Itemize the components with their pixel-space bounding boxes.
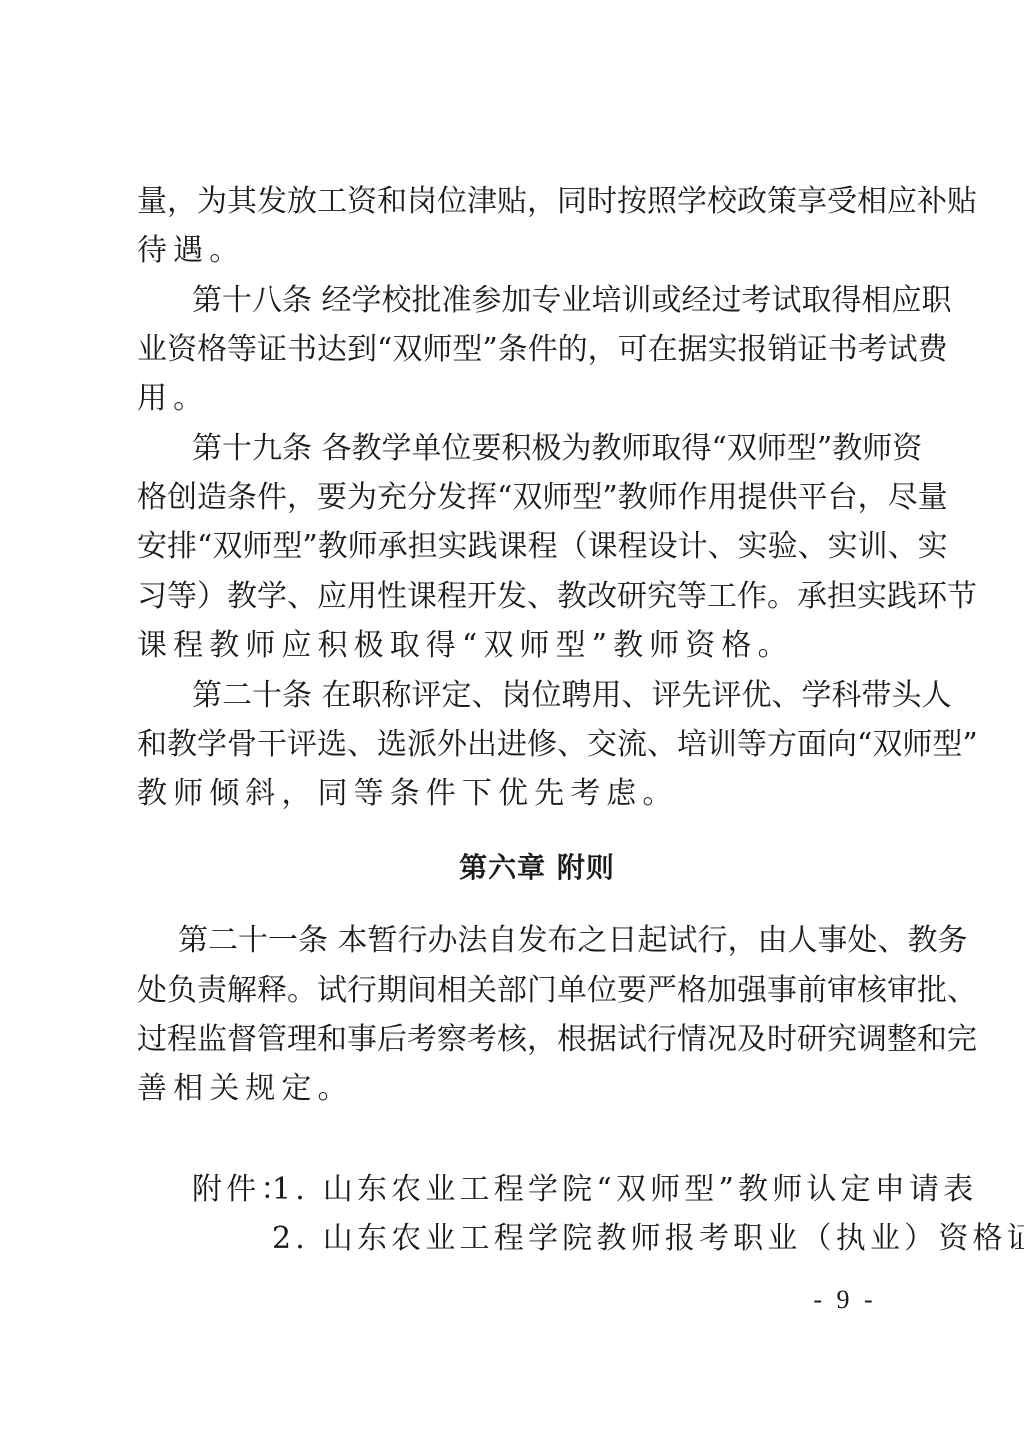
chapter-heading: 第六章 附则 [0, 848, 1024, 888]
paragraph-line: 待遇。 [137, 231, 897, 271]
paragraph-line: 量，为其发放工资和岗位津贴，同时按照学校政策享受相应补贴 [137, 182, 897, 222]
article-19-line: 格创造条件，要为充分发挥“双师型”教师作用提供平台，尽量 [137, 478, 897, 518]
attachment-item: 1. 山东农业工程学院“双师型”教师认定申请表 [272, 1170, 977, 1210]
article-21-line: 过程监督管理和事后考察考核，根据试行情况及时研究调整和完 [137, 1020, 897, 1060]
article-19-line: 安排“双师型”教师承担实践课程（课程设计、实验、实训、实 [137, 527, 897, 567]
article-19-line: 课程教师应积极取得“双师型”教师资格。 [137, 626, 897, 666]
article-19-line: 第十九条 各教学单位要积极为教师取得“双师型”教师资 [192, 429, 897, 469]
article-21-line: 处负责解释。试行期间相关部门单位要严格加强事前审核审批、 [137, 971, 897, 1011]
article-20-line: 第二十条 在职称评定、岗位聘用、评先评优、学科带头人 [192, 676, 897, 716]
article-21-line: 善相关规定。 [137, 1069, 897, 1109]
article-18-line: 业资格等证书达到“双师型”条件的，可在据实报销证书考试费 [137, 330, 897, 370]
document-page: 量，为其发放工资和岗位津贴，同时按照学校政策享受相应补贴 待遇。 第十八条 经学… [0, 0, 1024, 1448]
article-21-line: 第二十一条 本暂行办法自发布之日起试行，由人事处、教务 [178, 921, 897, 961]
attachment-item: 2. 山东农业工程学院教师报考职业（执业）资格证书 [272, 1219, 1024, 1259]
article-19-line: 习等）教学、应用性课程开发、教改研究等工作。承担实践环节 [137, 577, 897, 617]
page-number: - 9 - [790, 1282, 900, 1318]
article-18-line: 用。 [137, 379, 897, 419]
article-20-line: 教师倾斜，同等条件下优先考虑。 [137, 774, 897, 814]
article-20-line: 和教学骨干评选、选派外出进修、交流、培训等方面向“双师型” [137, 725, 897, 765]
article-18-line: 第十八条 经学校批准参加专业培训或经过考试取得相应职 [192, 281, 897, 321]
